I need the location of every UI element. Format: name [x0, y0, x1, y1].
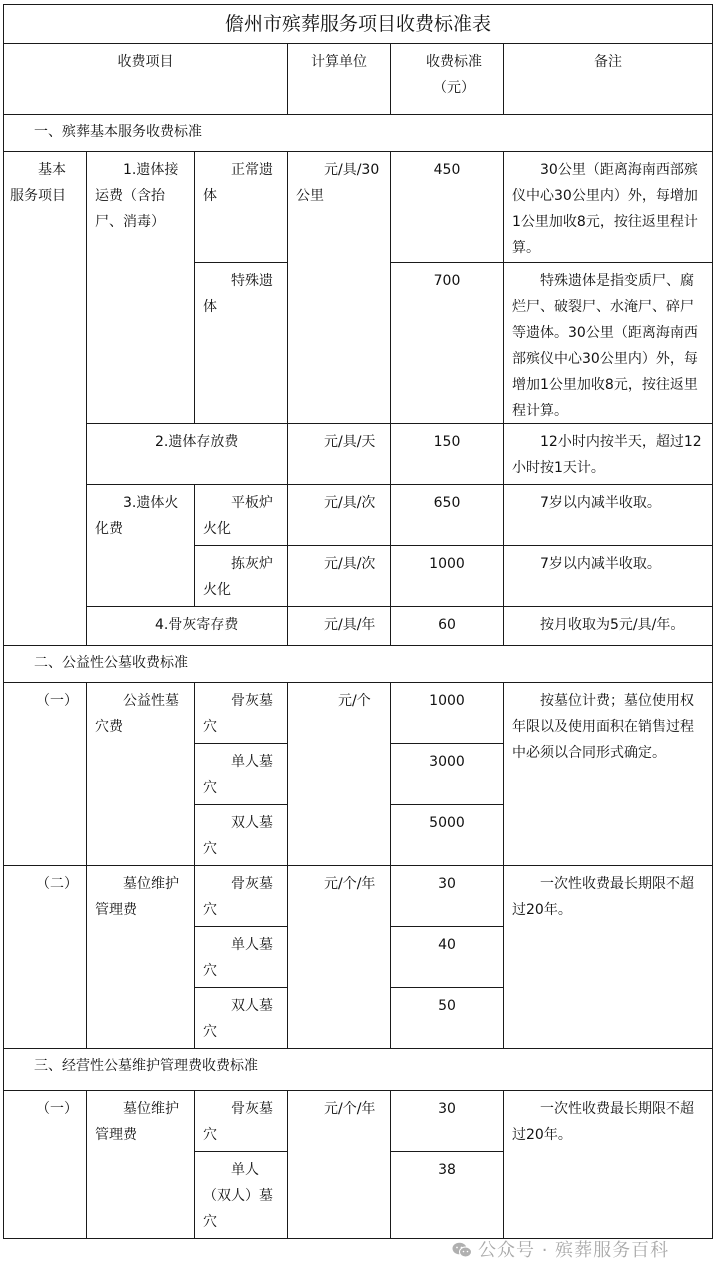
note-flat-furnace: 7岁以内减半收取。 — [503, 484, 713, 546]
section-heading-3: 三、经营性公墓维护管理费收费标准 — [3, 1048, 713, 1091]
note-3-1: 一次性收费最长期限不超过20年。 — [503, 1090, 713, 1239]
note-2-1: 按墓位计费；墓位使用权年限以及使用面积在销售过程中必须以合同形式确定。 — [503, 682, 713, 866]
unit-transport: 元/具/30公里 — [287, 151, 391, 424]
price-2-2-single-grave: 40 — [390, 926, 504, 988]
sub-2-1-ash-grave: 骨灰墓穴 — [194, 682, 288, 744]
price-2-1-double-grave: 5000 — [390, 804, 504, 866]
price-flat-furnace: 650 — [390, 484, 504, 546]
sub-ash-furnace: 拣灰炉火化 — [194, 545, 288, 607]
price-2-1-ash-grave: 1000 — [390, 682, 504, 744]
note-ash-storage: 按月收取为5元/具/年。 — [503, 606, 713, 646]
note-ash-furnace: 7岁以内减半收取。 — [503, 545, 713, 607]
wechat-icon — [452, 1242, 472, 1258]
watermark-text: 公众号 · 殡葬服务百科 — [478, 1240, 669, 1261]
item-body-storage: 2.遗体存放费 — [86, 423, 288, 485]
sub-special-body: 特殊遗体 — [194, 262, 288, 424]
price-2-1-single-grave: 3000 — [390, 743, 504, 805]
item-ash-storage: 4.骨灰寄存费 — [86, 606, 288, 646]
price-2-2-ash-grave: 30 — [390, 865, 504, 927]
group-index-3-1: （一） — [3, 1090, 87, 1239]
sub-2-1-double-grave: 双人墓穴 — [194, 804, 288, 866]
note-special-body: 特殊遗体是指变质尸、腐烂尸、破裂尸、水淹尸、碎尸等遗体。30公里（距离海南西部殡… — [503, 262, 713, 424]
note-2-2: 一次性收费最长期限不超过20年。 — [503, 865, 713, 1049]
group-index-2-1: （一） — [3, 682, 87, 866]
price-3-1-ash-grave: 30 — [390, 1090, 504, 1152]
unit-ash-furnace: 元/具/次 — [287, 545, 391, 607]
group-label-basic-services: 基本服务项目 — [3, 151, 87, 646]
watermark: 公众号 · 殡葬服务百科 — [452, 1236, 669, 1262]
sub-flat-furnace: 平板炉火化 — [194, 484, 288, 546]
group-index-2-2: （二） — [3, 865, 87, 1049]
header-price: 收费标准（元） — [390, 43, 504, 115]
header-note: 备注 — [503, 43, 713, 115]
unit-2-2: 元/个/年 — [287, 865, 391, 1049]
table-title: 儋州市殡葬服务项目收费标准表 — [3, 4, 713, 44]
fee-standard-table: 儋州市殡葬服务项目收费标准表 收费项目 计算单位 收费标准（元） 备注 一、殡葬… — [0, 0, 715, 1277]
price-3-1-single-double-grave: 38 — [390, 1151, 504, 1239]
unit-flat-furnace: 元/具/次 — [287, 484, 391, 546]
price-2-2-double-grave: 50 — [390, 987, 504, 1049]
item-cremation: 3.遗体火化费 — [86, 484, 195, 607]
sub-2-2-double-grave: 双人墓穴 — [194, 987, 288, 1049]
sub-3-1-ash-grave: 骨灰墓穴 — [194, 1090, 288, 1152]
unit-body-storage: 元/具/天 — [287, 423, 391, 485]
sub-2-2-single-grave: 单人墓穴 — [194, 926, 288, 988]
note-body-storage: 12小时内按半天，超过12小时按1天计。 — [503, 423, 713, 485]
sub-normal-body: 正常遗体 — [194, 151, 288, 263]
note-normal-body: 30公里（距离海南西部殡仪中心30公里内）外，每增加1公里加收8元，按往返里程计… — [503, 151, 713, 263]
item-transport: 1.遗体接运费（含抬尸、消毒） — [86, 151, 195, 424]
group-name-2-2: 墓位维护管理费 — [86, 865, 195, 1049]
price-body-storage: 150 — [390, 423, 504, 485]
price-ash-storage: 60 — [390, 606, 504, 646]
section-heading-1: 一、殡葬基本服务收费标准 — [3, 114, 713, 152]
sub-2-2-ash-grave: 骨灰墓穴 — [194, 865, 288, 927]
group-name-3-1: 墓位维护管理费 — [86, 1090, 195, 1239]
header-unit: 计算单位 — [287, 43, 391, 115]
price-special-body: 700 — [390, 262, 504, 424]
price-normal-body: 450 — [390, 151, 504, 263]
unit-2-1: 元/个 — [287, 682, 391, 866]
unit-3-1: 元/个/年 — [287, 1090, 391, 1239]
section-heading-2: 二、公益性公墓收费标准 — [3, 645, 713, 683]
header-item: 收费项目 — [3, 43, 288, 115]
sub-3-1-single-double-grave: 单人（双人）墓穴 — [194, 1151, 288, 1239]
group-name-2-1: 公益性墓穴费 — [86, 682, 195, 866]
price-ash-furnace: 1000 — [390, 545, 504, 607]
unit-ash-storage: 元/具/年 — [287, 606, 391, 646]
sub-2-1-single-grave: 单人墓穴 — [194, 743, 288, 805]
